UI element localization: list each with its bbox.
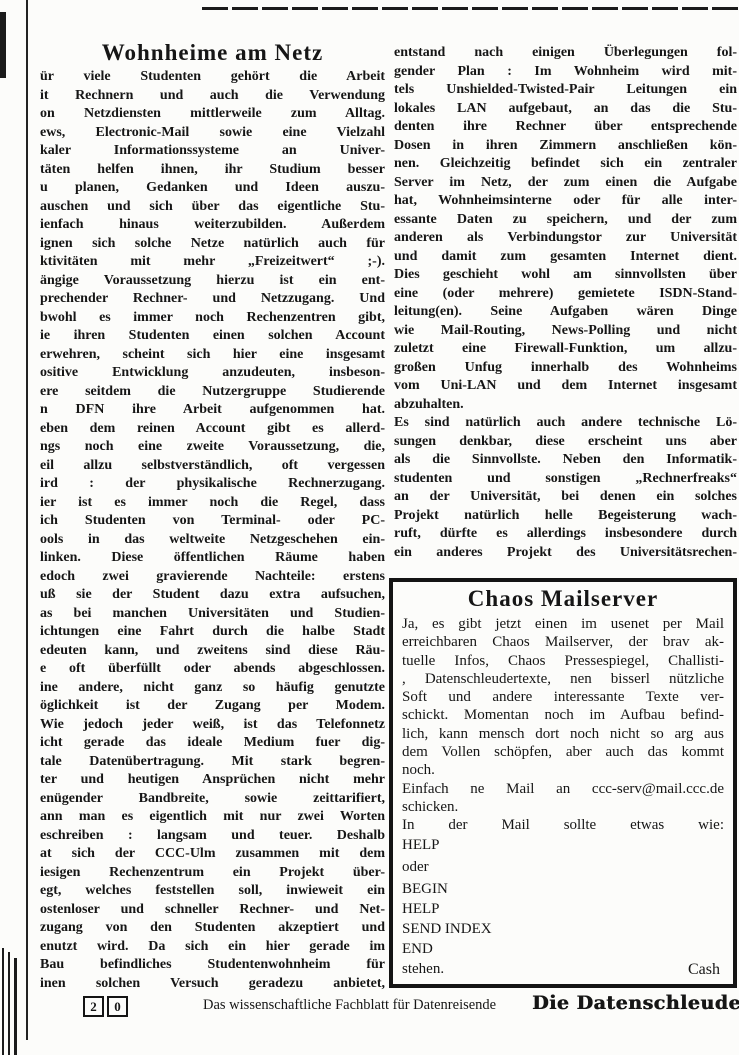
mailserver-text-line: , Datenschleudertexte, nen bisserl nützl…	[402, 670, 724, 688]
article-text-line: ine andere, nicht ganz so häufig genutzt…	[40, 679, 385, 698]
footer-tagline: Das wissenschaftliche Fachblatt für Date…	[203, 997, 493, 1014]
article-text-line: abzuhalten.	[394, 396, 737, 415]
article-text-line: uß sie der Student dazu extra aufsuchen,	[40, 586, 385, 605]
article-text-line: gender Plan : Im Wohnheim wird mit-	[394, 63, 737, 82]
article-text-line: leitung(en). Seine Aufgaben wären Dinge	[394, 303, 737, 322]
mailserver-text-line: noch.	[402, 761, 724, 779]
article-text-line: ositive Entwicklung anzudeuten, insbeson…	[40, 364, 385, 383]
mailserver-box-title: Chaos Mailserver	[402, 585, 724, 615]
article-text-line: denten ihre Rechner über entsprechende	[394, 118, 737, 137]
article-text-line: ostenloser und schneller Rechner- und Ne…	[40, 901, 385, 920]
mailserver-command-line: BEGIN	[402, 879, 724, 899]
article-text-line: ein anderes Projekt des Universitätsrech…	[394, 544, 737, 563]
article-text-line: Dosen in ihren Zimmern anschließen kön-	[394, 137, 737, 156]
article-text-line: als die Sinnvollste. Neben den Informati…	[394, 451, 737, 470]
article-text-line: ktivitäten mit mehr „Freizeitwert“ ;-).	[40, 253, 385, 272]
article-text-line: auschen und sich über das eigentliche St…	[40, 198, 385, 217]
article-text-line: Projekt natürlich helle Begeisterung wac…	[394, 507, 737, 526]
article-text-line: vom Uni-LAN und dem Internet insgesamt	[394, 377, 737, 396]
mailserver-text-line: lich, kann mensch dort noch nicht so arg…	[402, 725, 724, 743]
page-number: 2 0	[83, 996, 128, 1017]
article-text-line: entstand nach einigen Überlegungen fol-	[394, 44, 737, 63]
article-text-line: ienfach hinaus weiterzubilden. Außerdem	[40, 216, 385, 235]
article-text-line: tale Datenübertragung. Mit stark begren-	[40, 753, 385, 772]
article-title: Wohnheime am Netz	[40, 40, 385, 66]
mailserver-text-line: Ja, es gibt jetzt einen im usenet per Ma…	[402, 615, 724, 633]
article-text-line: Wie jedoch jeder weiß, ist das Telefonne…	[40, 716, 385, 735]
article-text-line: on Netzdiensten mittlerweile zum Alltag.	[40, 105, 385, 124]
mailserver-text-line: Soft und andere interessante Texte ver-	[402, 688, 724, 706]
mailserver-command-list: HELPoderBEGINHELPSEND INDEXENDstehen.	[402, 835, 724, 979]
article-text-line: u planen, Gedanken und Ideen auszu-	[40, 179, 385, 198]
article-text-line: erwehren, scheint sich hier eine insgesa…	[40, 346, 385, 365]
mailserver-box: Chaos Mailserver Ja, es gibt jetzt einen…	[389, 578, 737, 988]
scan-artifact-left-rule	[26, 0, 28, 1040]
article-text-line: ignen sich solche Netze natürlich auch f…	[40, 235, 385, 254]
article-text-line: ews, Electronic-Mail sowie eine Vielzahl	[40, 124, 385, 143]
article-text-line: ann man es eigentlich mit nur zwei Worte…	[40, 808, 385, 827]
article-text-line: eben dem reinen Account gibt es allerd-	[40, 420, 385, 439]
article-text-line: ruft, dürfte es allerdings insbesondere …	[394, 525, 737, 544]
mailserver-text-line: schickt. Momentan noch im Aufbau befind-	[402, 706, 724, 724]
article-text-line: Bau befindliches Studentenwohnheim für	[40, 956, 385, 975]
article-text-line: linken. Diese öffentlichen Räume haben	[40, 549, 385, 568]
article-text-line: ird : der physikalische Rechnerzugang.	[40, 475, 385, 494]
article-text-line: studenten und sonstigen „Rechnerfreaks“	[394, 470, 737, 489]
article-text-line: egt, welches feststellen soll, inwieweit…	[40, 882, 385, 901]
article-text-line: enutzt wird. Da sich ein hier gerade im	[40, 938, 385, 957]
article-text-line: zugang von den Studenten akzeptiert und	[40, 919, 385, 938]
scan-artifact-left-mark	[0, 12, 6, 78]
article-column-right: entstand nach einigen Überlegungen fol-g…	[394, 44, 737, 562]
article-text-line: zuletzt eine Firewall-Funktion, um allzu…	[394, 340, 737, 359]
page-footer: 2 0 Das wissenschaftliche Fachblatt für …	[0, 994, 739, 1020]
article-text-line: wie Mail-Routing, News-Polling und nicht	[394, 322, 737, 341]
mailserver-text-line: tuelle Infos, Chaos Pressespiegel, Chall…	[402, 652, 724, 670]
article-column-left: ür viele Studenten gehört die Arbeitit R…	[40, 68, 385, 993]
mailserver-command-line: END	[402, 939, 724, 959]
mailserver-command-line: oder	[402, 857, 724, 877]
article-text-line: ie ihren Studenten einen solchen Account	[40, 327, 385, 346]
article-text-line: ngs noch eine zweite Voraussetzung, die,	[40, 438, 385, 457]
article-text-line: iesigen Rechenzentrum ein Projekt über-	[40, 864, 385, 883]
article-text-line: essante Daten zu speichern, und der zum	[394, 211, 737, 230]
article-text-line: ichtungen eine Fahrt durch die halbe Sta…	[40, 623, 385, 642]
article-text-line: anderen als Verbindungstor zur Universit…	[394, 229, 737, 248]
article-text-line: tels Unshielded-Twisted-Pair Leitungen e…	[394, 81, 737, 100]
mailserver-box-body: Ja, es gibt jetzt einen im usenet per Ma…	[402, 615, 724, 835]
article-text-line: e oft überfüllt oder abends abgeschlosse…	[40, 660, 385, 679]
author-signature: Cash	[402, 961, 724, 979]
article-text-line: ängige Voraussetzung hierzu ist ein ent-	[40, 272, 385, 291]
mailserver-text-line: Einfach ne Mail an ccc-serv@mail.ccc.de	[402, 780, 724, 798]
article-text-line: und damit zum gesamten Internet dient.	[394, 248, 737, 267]
article-text-line: n DFN ihre Arbeit aufgenommen hat.	[40, 401, 385, 420]
article-text-line: an der Universität, bei denen ein solche…	[394, 488, 737, 507]
article-text-line: ier ist es immer noch die Regel, dass	[40, 494, 385, 513]
mailserver-command-line: SEND INDEX	[402, 919, 724, 939]
article-text-line: as bei manchen Universitäten und Studien…	[40, 605, 385, 624]
article-text-line: ools in das weltweite Netzgeschehen ein-	[40, 531, 385, 550]
article-text-line: ere seitdem die Nutzergruppe Studierende	[40, 383, 385, 402]
article-text-line: ich Studenten von Terminal- oder PC-	[40, 512, 385, 531]
mailserver-text-line: dem Vollen schöpfen, aber auch das kommt	[402, 743, 724, 761]
article-text-line: edeuten kann, und zweitens sind diese Rä…	[40, 642, 385, 661]
mailserver-command-line: HELP	[402, 835, 724, 855]
article-text-line: Server im Netz, der zum einen die Aufgab…	[394, 174, 737, 193]
mailserver-text-line: erreichbaren Chaos Mailserver, der brav …	[402, 633, 724, 651]
article-text-line: edoch zwei gravierende Nachteile: ersten…	[40, 568, 385, 587]
article-text-line: at sich der CCC-Ulm zusammen mit dem	[40, 845, 385, 864]
article-text-line: it Rechnern und auch die Verwendung	[40, 87, 385, 106]
article-text-line: bwohl es immer noch Rechenzentren gibt,	[40, 309, 385, 328]
mailserver-command-line: HELP	[402, 899, 724, 919]
article-text-line: nen. Gleichzeitig befindet sich ein zent…	[394, 155, 737, 174]
mailserver-text-line: schicken.	[402, 798, 724, 816]
article-text-line: enügender Bandbreite, sowie zeittarifier…	[40, 790, 385, 809]
article-text-line: hat, Wohnheimsinterne oder für alle inte…	[394, 192, 737, 211]
article-text-line: Es sind natürlich auch andere technische…	[394, 414, 737, 433]
article-text-line: prechender Rechner- und Netzzugang. Und	[40, 290, 385, 309]
scan-artifact-top-rule	[202, 7, 739, 10]
article-text-line: inen solchen Versuch geradezu anbietet,	[40, 975, 385, 994]
article-text-line: eil allzu selbstverständlich, oft verges…	[40, 457, 385, 476]
article-text-line: öglichkeit ist der Zugang per Modem.	[40, 697, 385, 716]
article-text-line: Dies geschieht wohl am sinnvollsten über	[394, 266, 737, 285]
page-number-digit: 2	[83, 996, 104, 1017]
page-number-digit: 0	[107, 996, 128, 1017]
article-text-line: lokales LAN aufgebaut, an das die Stu-	[394, 100, 737, 119]
article-text-line: eine (oder mehrere) gemietete ISDN-Stand…	[394, 285, 737, 304]
magazine-title: Die Datenschleuder	[532, 992, 717, 1014]
article-text-line: icht gerade das ideale Medium fuer dig-	[40, 734, 385, 753]
article-text-line: kaler Informationssysteme an Univer-	[40, 142, 385, 161]
article-text-line: eschreiben : langsam und teuer. Deshalb	[40, 827, 385, 846]
article-text-line: täten helfen ihnen, ihr Studium besser	[40, 161, 385, 180]
article-text-line: sungen denkbar, diese erscheint uns aber	[394, 433, 737, 452]
article-text-line: großen Unfug innerhalb des Wohnheims	[394, 359, 737, 378]
mailserver-text-line: In der Mail sollte etwas wie:	[402, 816, 724, 834]
article-text-line: ür viele Studenten gehört die Arbeit	[40, 68, 385, 87]
article-text-line: ter und heutigen Ansprüchen nicht mehr	[40, 771, 385, 790]
